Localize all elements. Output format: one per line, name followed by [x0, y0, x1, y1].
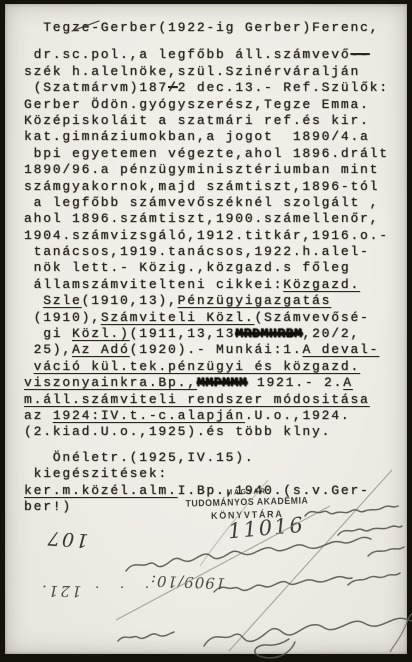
typed-segment: Közl.) — [72, 326, 130, 341]
typed-segment: .U.o.,1924. — [245, 408, 351, 423]
typed-segment: A deval- — [302, 342, 379, 357]
typed-line: a legfőbb számvevőszéknél szolgált , — [24, 195, 405, 211]
typed-segment: Az Adó — [72, 342, 130, 357]
typed-line: Gerber Ödön.gyógyszerész,Tegze Emma. — [24, 97, 405, 113]
handwritten-dots: . . . . . — [95, 576, 207, 592]
typed-line: Szle(1910,13),Pénzügyigazgatás — [24, 293, 405, 309]
typed-line: (Szatmárvm)187/2 dec.13.- Ref.Szülők: — [24, 80, 405, 96]
typed-line: gi Közl.)(1911,13,13MRDMHRBM,20/2, — [24, 326, 405, 342]
typed-segment: szék h.alelnöke,szül.Szinérváralján — [24, 64, 360, 79]
typed-line: (2.kiad.U.o.,1925).és több klny. — [24, 424, 405, 440]
typed-segment: MMPMMM — [197, 375, 247, 390]
typed-segment: Önéletr.(1925,IV.15). — [24, 450, 254, 465]
typed-segment: számgyakornok,majd számtiszt,1896-tól — [24, 179, 379, 194]
typed-segment: (1920).- Munkái:1. — [130, 342, 303, 357]
typed-segment: MRDMHRBM — [235, 326, 302, 341]
typed-segment — [24, 359, 34, 374]
typed-segment: Közgazd. — [283, 277, 360, 292]
handwritten-accession-number: 11016 — [227, 513, 306, 544]
typed-segment: nök lett.- Közig.,közgazd.s főleg — [24, 260, 350, 275]
typed-segment: Pénzügyigazgatás — [178, 293, 332, 308]
typed-segment: 1890/96.a pénzügyminisztériumban mint — [24, 162, 379, 177]
typed-segment: Szle — [43, 293, 81, 308]
typed-line: kiegészitések: — [24, 466, 405, 482]
handwritten-inverted-number-top: 107 — [45, 527, 89, 552]
typed-line: Középiskoláit a szatmári ref.és kir. — [24, 113, 405, 129]
typed-segment: az — [24, 408, 53, 423]
typed-segment: ber!) — [24, 499, 72, 514]
typed-segment: dr.sc.pol.,a legfőbb áll.számvevő — [24, 47, 350, 62]
typed-segment: váció kül.tek.pénzügyi és közgazd. — [34, 359, 360, 374]
typed-segment: 1904.számvizsgáló,1912.titkár,1916.o.- — [24, 228, 389, 243]
typed-line: váció kül.tek.pénzügyi és közgazd. — [24, 359, 405, 375]
typed-line: kat.gimnáziumokban,a jogot 1890/4.a — [24, 129, 405, 145]
typed-segment: 25), — [24, 342, 72, 357]
typed-segment: (Számvevősé- — [254, 310, 369, 325]
typed-segment: gi — [24, 326, 72, 341]
typed-line: 1890/96.a pénzügyminisztériumban mint — [24, 162, 405, 178]
typed-segment: A — [343, 375, 353, 390]
typed-line: ahol 1896.számtiszt,1900.számellenőr, — [24, 211, 405, 227]
typed-segment: államszámvitelteni cikkei: — [24, 277, 283, 292]
typed-segment: Tegze-Gerber(1922-ig Gerber)Ferenc, — [24, 20, 379, 35]
typed-segment: Középiskoláit a szatmári ref.és kir. — [24, 113, 370, 128]
typed-text: Tegze-Gerber(1922-ig Gerber)Ferenc, dr.s… — [24, 20, 405, 515]
typed-segment: 1924:IV.t.-c.alapján — [53, 408, 245, 423]
paper-background: Tegze-Gerber(1922-ig Gerber)Ferenc, dr.s… — [5, 4, 407, 654]
typed-segment: Gerber Ödön.gyógyszerész,Tegze Emma. — [24, 97, 370, 112]
typed-segment: kiegészitések: — [24, 466, 168, 481]
typed-segment: (1911,13,13 — [130, 326, 236, 341]
typed-line: nök lett.- Közig.,közgazd.s főleg — [24, 260, 405, 276]
typed-line: államszámvitelteni cikkei:Közgazd. — [24, 277, 405, 293]
typed-segment: bpi egyetemen végezte,ahol 1896.drált — [24, 146, 389, 161]
handwritten-inverted-number-bottom: 121. — [40, 582, 82, 601]
typed-line: szék h.alelnöke,szül.Szinérváralján — [24, 64, 405, 80]
typed-segment: Számviteli Közl. — [101, 310, 255, 325]
typed-segment: (1910), — [24, 310, 101, 325]
typed-segment: (1910,13), — [82, 293, 178, 308]
typed-line: számgyakornok,majd számtiszt,1896-tól — [24, 179, 405, 195]
typed-line: az 1924:IV.t.-c.alapján.U.o.,1924. — [24, 408, 405, 424]
typed-segment: -- — [350, 47, 369, 62]
typed-line: (1910),Számviteli Közl.(Számvevősé- — [24, 310, 405, 326]
typed-segment: (2.kiad.U.o.,1925).és több klny. — [24, 424, 331, 439]
typed-line: m.áll.számviteli rendszer módositása — [24, 392, 405, 408]
typed-line: Tegze-Gerber(1922-ig Gerber)Ferenc, — [24, 20, 405, 36]
typed-segment: ahol 1896.számtiszt,1900.számellenőr, — [24, 211, 379, 226]
typed-segment: m.áll.számviteli rendszer módositása — [24, 392, 370, 407]
typed-segment: kat.gimnáziumokban,a jogot 1890/4.a — [24, 129, 370, 144]
typed-line: bpi egyetemen végezte,ahol 1896.drált — [24, 146, 405, 162]
typed-segment: viszonyainkra.Bp., — [24, 375, 197, 390]
typed-segment: ker.m.közél.alm. — [24, 483, 178, 498]
typed-segment: / — [168, 80, 178, 95]
typed-line: 25),Az Adó(1920).- Munkái:1.A deval- — [24, 342, 405, 358]
typed-line: viszonyainkra.Bp.,MMPMMM 1921.- 2.A — [24, 375, 405, 391]
typed-line: 1904.számvizsgáló,1912.titkár,1916.o.- — [24, 228, 405, 244]
typed-line: Önéletr.(1925,IV.15). — [24, 450, 405, 466]
typed-segment: 2 dec.13.- Ref.Szülők: — [178, 80, 389, 95]
scanned-card: Tegze-Gerber(1922-ig Gerber)Ferenc, dr.s… — [0, 0, 412, 662]
typed-segment — [24, 293, 43, 308]
typed-line: tanácsos,1919.tanácsos,1922.h.alel- — [24, 244, 405, 260]
typed-segment: ,20/2, — [302, 326, 360, 341]
typed-segment: 1921.- 2. — [247, 375, 343, 390]
typed-line: dr.sc.pol.,a legfőbb áll.számvevő-- — [24, 47, 405, 63]
typed-segment: tanácsos,1919.tanácsos,1922.h.alel- — [24, 244, 370, 259]
typed-segment: a legfőbb számvevőszéknél szolgált , — [24, 195, 379, 210]
typed-segment: (Szatmárvm)187 — [24, 80, 168, 95]
